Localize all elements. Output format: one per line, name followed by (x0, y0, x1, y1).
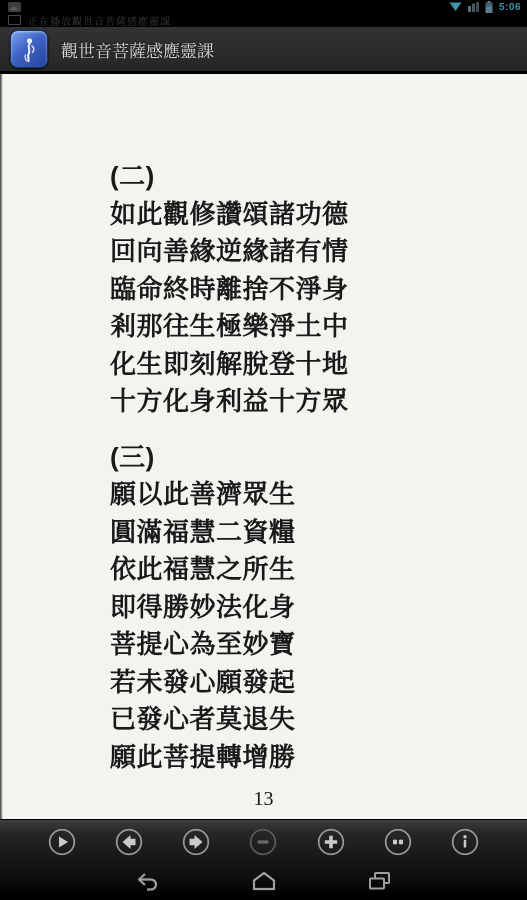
play-icon (48, 828, 76, 856)
next-page-button[interactable] (182, 828, 210, 856)
arrow-right-icon (182, 828, 210, 856)
zoom-in-button[interactable] (317, 828, 345, 856)
android-nav-bar (0, 864, 527, 897)
arrow-left-icon (115, 828, 143, 856)
verse-line: 若未發心願發起 (110, 664, 527, 702)
info-icon (451, 828, 479, 856)
two-dots-icon (384, 828, 412, 856)
network-arrows-icon (468, 2, 479, 12)
plus-icon (317, 828, 345, 856)
app-title: 觀世音菩薩感應靈課 (61, 37, 214, 62)
reader-toolbar (0, 819, 527, 864)
verse-line: 即得勝妙法化身 (110, 589, 527, 627)
play-button[interactable] (48, 828, 76, 856)
nav-back-button[interactable] (113, 864, 183, 897)
verse-line: 十方化身利益十方眾 (110, 383, 527, 421)
page-number: 13 (0, 788, 527, 811)
nav-recents-button[interactable] (345, 864, 415, 897)
verse-text: (二) 如此觀修讚頌諸功德 回向善緣逆緣諸有情 臨命終時離捨不淨身 剎那往生極樂… (0, 74, 527, 776)
section-header: (二) (110, 158, 527, 196)
status-clock: 5:06 (499, 2, 521, 13)
verse-line: 化生即刻解脫登十地 (110, 346, 527, 384)
wifi-icon (449, 2, 462, 12)
verse-line: 回向善緣逆緣諸有情 (110, 233, 527, 271)
checkbox-icon (8, 15, 21, 25)
home-icon (249, 870, 279, 892)
status-bar: 5:06 正在播放觀世音菩薩感應靈課 (0, 0, 527, 27)
verse-line: 已發心者莫退失 (110, 701, 527, 739)
document-page[interactable]: (二) 如此觀修讚頌諸功德 回向善緣逆緣諸有情 臨命終時離捨不淨身 剎那往生極樂… (0, 74, 527, 819)
section-gap (110, 421, 527, 439)
two-dots-button[interactable] (384, 828, 412, 856)
verse-line: 菩提心為至妙寶 (110, 626, 527, 664)
recents-icon (365, 870, 395, 892)
battery-icon (485, 1, 493, 13)
guanyin-app-icon (10, 30, 48, 68)
info-button[interactable] (451, 828, 479, 856)
zoom-out-button[interactable] (249, 828, 277, 856)
verse-line: 臨命終時離捨不淨身 (110, 271, 527, 309)
notification-photo-icon (8, 2, 21, 12)
verse-line: 願以此善濟眾生 (110, 476, 527, 514)
prev-page-button[interactable] (115, 828, 143, 856)
notification-ticker: 正在播放觀世音菩薩感應靈課 (28, 13, 171, 28)
section-header: (三) (110, 439, 527, 477)
verse-line: 願此菩提轉增勝 (110, 739, 527, 777)
verse-line: 如此觀修讚頌諸功德 (110, 196, 527, 234)
nav-home-button[interactable] (229, 864, 299, 897)
verse-line: 圓滿福慧二資糧 (110, 514, 527, 552)
back-icon (133, 870, 163, 892)
minus-icon (249, 828, 277, 856)
action-bar: 觀世音菩薩感應靈課 (0, 27, 527, 74)
verse-line: 依此福慧之所生 (110, 551, 527, 589)
verse-line: 剎那往生極樂淨土中 (110, 308, 527, 346)
